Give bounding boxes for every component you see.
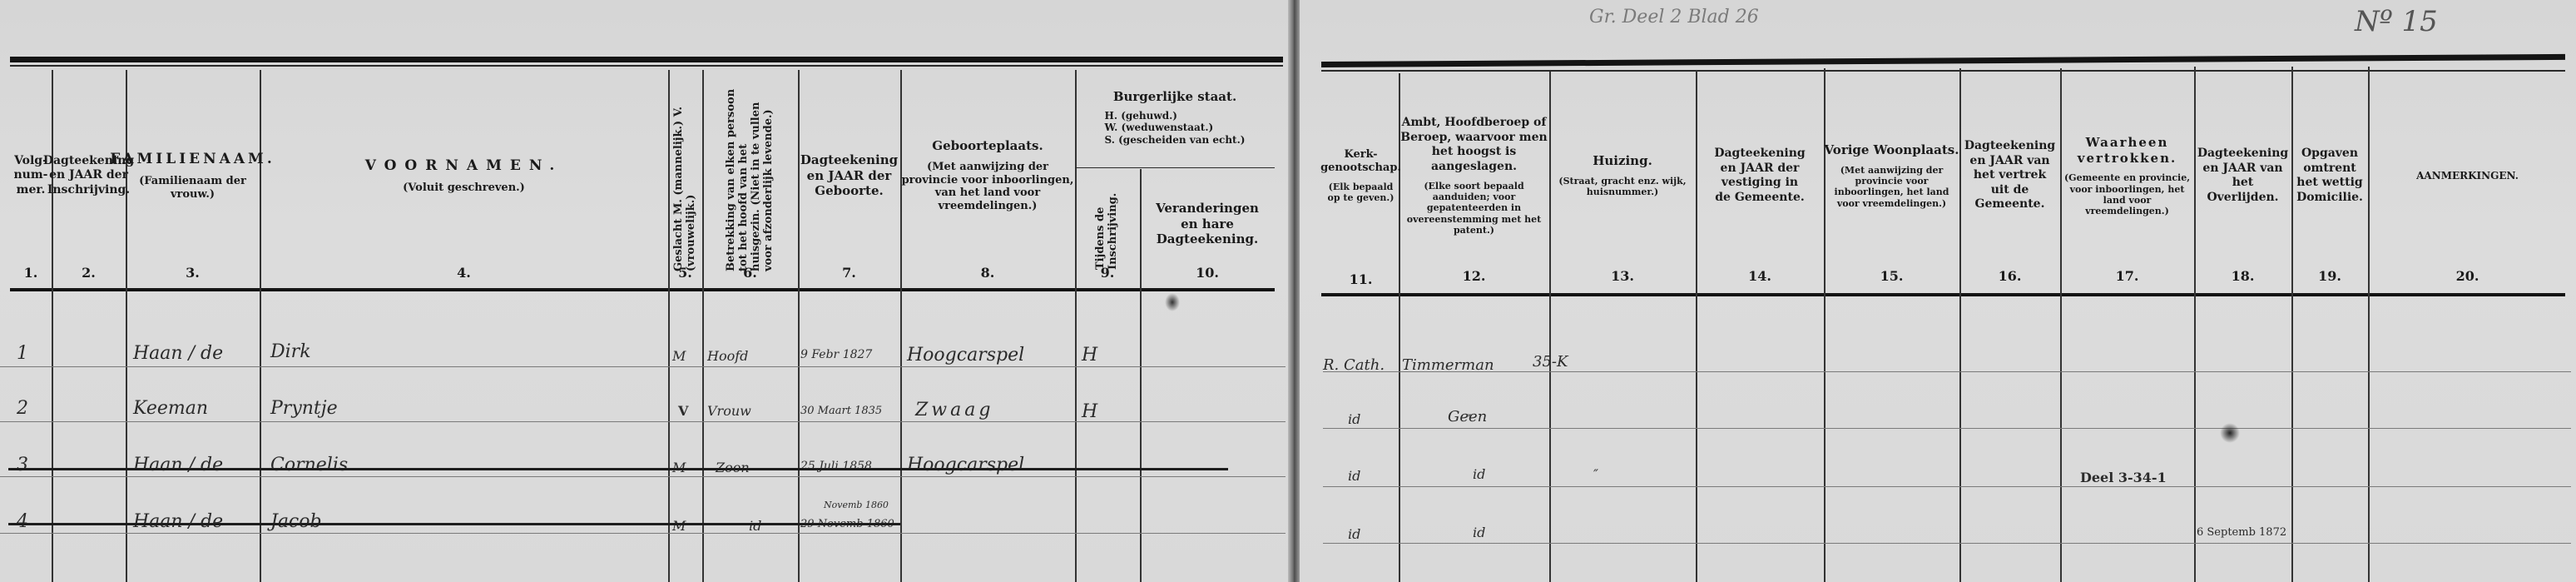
row1-kerkgenootschap: R. Cath.	[1323, 356, 1385, 374]
column-number: 2.	[52, 265, 126, 281]
row3-geboorteplaats: Hoogcarspel	[907, 455, 1024, 475]
row-line	[1323, 428, 2571, 429]
column-number: 8.	[900, 265, 1075, 281]
row3-kerkgenootschap: id	[1348, 468, 1360, 484]
header-label: Dagteekening en JAAR der vestiging in de…	[1696, 147, 1824, 205]
row3-voornamen: Cornelis	[270, 455, 348, 475]
column-number: 16.	[1959, 268, 2060, 284]
column-number: 3.	[126, 265, 260, 281]
row2-geboortedatum: 30 Maart 1835	[800, 405, 882, 417]
header-col-6: Betrekking van elken persoon tot het hoo…	[702, 68, 798, 283]
row3-geboortedatum: 25 Juli 1858	[800, 460, 872, 473]
row2-betrekking: Vrouw	[707, 403, 751, 419]
row3-beroep: id	[1473, 466, 1485, 482]
header-label: Dagteekening en JAAR van het vertrek uit…	[1956, 139, 2063, 212]
row1-betrekking: Hoofd	[707, 348, 748, 364]
burger-divider	[1075, 167, 1275, 168]
row-line	[0, 533, 1286, 534]
header-col-15: Vorige Woonplaats. (Met aanwijzing der p…	[1824, 68, 1959, 283]
column-number: 15.	[1824, 268, 1959, 284]
column-number: 5.	[668, 265, 702, 281]
header-col-10: Veranderingen en hare Dagteekening.	[1140, 170, 1275, 278]
row1-geboorteplaats: Hoogcarspel	[907, 345, 1024, 366]
column-number: 12.	[1399, 268, 1549, 284]
column-number: 11.	[1323, 271, 1399, 287]
header-col-3: FAMILIENAAM. (Familienaam der vrouw.)	[126, 68, 260, 283]
header-col-4: VOORNAMEN. (Voluit geschreven.)	[260, 68, 668, 283]
column-number: 13.	[1549, 268, 1696, 284]
header-sublabel: (Familienaam der vrouw.)	[126, 175, 260, 201]
status-legend: H. (gehuwd.) W. (weduwenstaat.) S. (gesc…	[1105, 110, 1246, 146]
header-rule-right	[1321, 293, 2565, 296]
header-col-12: Ambt, Hoofdberoep of Beroep, waarvoor me…	[1399, 68, 1549, 283]
header-col-7: Dagteekening en JAAR der Geboorte.	[798, 68, 900, 283]
row2-voornamen: Pryntje	[270, 398, 338, 419]
legend-item: S. (gescheiden van echt.)	[1105, 134, 1246, 146]
column-number: 18.	[2194, 268, 2291, 284]
row1-volgnummer: 1	[17, 343, 28, 364]
header-col-11: Kerk- genootschap. (Elk bepaald op te ge…	[1323, 68, 1399, 283]
header-label: Opgaven omtrent het wettig Domicilie.	[2291, 147, 2368, 205]
row4-geslacht: M	[672, 518, 686, 534]
column-number: 9.	[1075, 265, 1140, 281]
column-number: 10.	[1140, 265, 1275, 281]
row1-familienaam: Haan / de	[133, 343, 223, 364]
row-line	[1323, 371, 2571, 372]
group-title: Burgerlijke staat.	[1113, 89, 1236, 105]
header-label: Huizing.	[1593, 153, 1652, 169]
row2-kerkgenootschap: id	[1348, 411, 1360, 427]
row1-burgerlijke-staat: H	[1082, 345, 1097, 366]
column-number: 4.	[260, 265, 668, 281]
header-label: Kerk- genootschap.	[1320, 148, 1401, 176]
header-col-2: Dagteekening en JAAR der Inschrijving.	[52, 68, 126, 283]
top-rule-left-thin	[10, 65, 1283, 67]
header-label: Geboorteplaats.	[932, 138, 1043, 154]
header-col-18: Dagteekening en JAAR van het Overlijden.	[2194, 68, 2291, 283]
header-label: FAMILIENAAM.	[110, 151, 275, 168]
row4-strikethrough	[8, 523, 900, 525]
header-label: Dagteekening en JAAR van het Overlijden.	[2191, 147, 2295, 205]
legend-item: W. (weduwenstaat.)	[1105, 122, 1246, 133]
row1-huizing: 35-K	[1533, 353, 1568, 371]
ink-blot	[2220, 423, 2240, 443]
column-number: 20.	[2368, 268, 2567, 284]
row2-familienaam: Keeman	[133, 398, 208, 419]
header-col-14: Dagteekening en JAAR der vestiging in de…	[1696, 68, 1824, 283]
header-label: AANMERKINGEN.	[2416, 170, 2519, 182]
row2-burgerlijke-staat: H	[1082, 401, 1097, 422]
column-number: 1.	[10, 265, 52, 281]
row4-overlijden: 6 Septemb 1872	[2197, 526, 2286, 539]
legend-item: H. (gehuwd.)	[1105, 110, 1246, 122]
row2-geslacht: V	[678, 403, 688, 419]
header-col-9: Tijdens de Inschrijving.	[1075, 170, 1140, 278]
row4-familienaam: Haan / de	[133, 511, 223, 532]
row-line	[0, 476, 1286, 477]
header-group-burgerlijke-staat: Burgerlijke staat. H. (gehuwd.) W. (wedu…	[1075, 68, 1275, 167]
header-col-16: Dagteekening en JAAR van het vertrek uit…	[1959, 68, 2060, 283]
header-sublabel: (Gemeente en provincie, voor inboorlinge…	[2060, 172, 2194, 216]
row-line	[1323, 543, 2571, 544]
row2-huizing: ″	[1466, 411, 1471, 427]
row4-volgnummer: 4	[17, 511, 28, 532]
row1-geboortedatum: 9 Febr 1827	[800, 348, 872, 361]
row4-beroep: id	[1473, 525, 1485, 540]
header-sublabel: (Elk bepaald op te geven.)	[1323, 182, 1399, 203]
column-number: 6.	[702, 265, 798, 281]
column-number: 17.	[2060, 268, 2194, 284]
header-label: Ambt, Hoofdberoep of Beroep, waarvoor me…	[1399, 116, 1549, 174]
header-col-19: Opgaven omtrent het wettig Domicilie.	[2291, 68, 2368, 283]
header-rule-left	[10, 288, 1275, 291]
book-spine	[1288, 0, 1300, 582]
row4-geboortedatum-correction: Novemb 1860	[824, 500, 889, 510]
row2-geboorteplaats: Zwaag	[915, 400, 993, 420]
row1-voornamen: Dirk	[270, 341, 311, 362]
header-sublabel: (Met aanwijzing der provincie voor inboo…	[900, 161, 1075, 212]
header-col-17: Waarheen vertrokken. (Gemeente en provin…	[2060, 68, 2194, 283]
header-label: VOORNAMEN.	[365, 157, 563, 175]
header-col-8: Geboorteplaats. (Met aanwijzing der prov…	[900, 68, 1075, 283]
header-label: Waarheen vertrokken.	[2060, 135, 2194, 167]
header-sublabel: (Voluit geschreven.)	[403, 182, 525, 195]
header-col-5: Geslacht M. (mannelijk.) V. (vrouwelijk.…	[668, 68, 702, 283]
row4-betrekking: id	[749, 518, 761, 534]
row4-kerkgenootschap: id	[1348, 526, 1360, 542]
header-col-20: AANMERKINGEN.	[2368, 68, 2567, 283]
header-label: Vorige Woonplaats.	[1825, 142, 1959, 158]
row4-voornamen: Jacob	[270, 511, 322, 532]
page-number: Nº 15	[2355, 5, 2438, 38]
row-line	[0, 366, 1286, 367]
row3-strikethrough	[8, 468, 1228, 470]
row3-volgnummer: 3	[17, 455, 28, 475]
header-label: Dagteekening en JAAR der Geboorte.	[792, 152, 906, 199]
header-sublabel: (Met aanwijzing der provincie voor inboo…	[1824, 165, 1959, 209]
top-rule-left	[10, 57, 1283, 62]
row-line	[1323, 486, 2571, 487]
header-col-13: Huizing. (Straat, gracht enz. wijk, huis…	[1549, 68, 1696, 283]
header-label: Geslacht	[672, 219, 685, 271]
header-label: Tijdens de Inschrijving.	[1094, 193, 1119, 270]
column-number: 19.	[2291, 268, 2368, 284]
column-number: 7.	[798, 265, 900, 281]
row1-beroep: Timmerman	[1402, 356, 1494, 374]
row1-geslacht: M	[672, 348, 686, 364]
row3-waarheen: Deel 3-34-1	[2080, 470, 2167, 485]
row2-volgnummer: 2	[17, 398, 28, 419]
header-label: Veranderingen en hare Dagteekening.	[1140, 201, 1275, 247]
ink-blot	[1165, 293, 1180, 311]
header-sublabel: (Elke soort bepaald aanduiden; voor gepa…	[1399, 181, 1549, 236]
row3-familienaam: Haan / de	[133, 455, 223, 475]
page-annotation: Gr. Deel 2 Blad 26	[1589, 7, 1759, 27]
header-sublabel: (Straat, gracht enz. wijk, huisnummer.)	[1549, 176, 1696, 197]
column-number: 14.	[1696, 268, 1824, 284]
row3-huizing: ″	[1593, 466, 1598, 482]
